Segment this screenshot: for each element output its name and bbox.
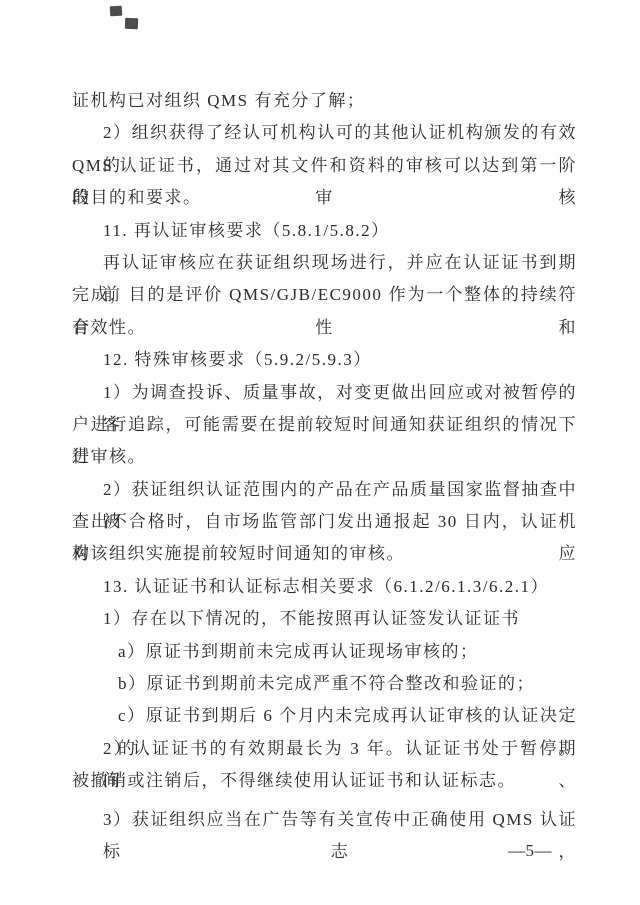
text-line: 11. 再认证审核要求（5.8.1/5.8.2） xyxy=(72,215,577,247)
scanned-document-page: 证机构已对组织 QMS 有充分了解；2）组织获得了经认可机构认可的其他认证机构颁… xyxy=(0,0,640,905)
text-line: 3）获证组织应当在广告等有关宣传中正确使用 QMS 认证标志， xyxy=(72,804,577,836)
text-line: 2）组织获得了经认可机构认可的其他认证机构颁发的有效的 xyxy=(72,117,577,149)
text-line: 2）获证组织认证范围内的产品在产品质量国家监督抽查中被 xyxy=(72,474,577,506)
text-line: 行审核。 xyxy=(72,441,577,473)
text-line: 1）为调查投诉、质量事故，对变更做出回应或对被暂停的客 xyxy=(72,377,577,409)
page-number: —5— xyxy=(508,841,552,861)
text-line: 被撤销或注销后，不得继续使用认证证书和认证标志。 xyxy=(72,765,577,797)
text-line: 再认证审核应在获证组织现场进行，并应在认证证书到期前 xyxy=(72,247,577,279)
text-line: b）原证书到期前未完成严重不符合整改和验证的； xyxy=(72,668,577,700)
text-line: 2）认证证书的有效期最长为 3 年。认证证书处于暂停期间、 xyxy=(72,733,577,765)
scan-artifact-mark xyxy=(125,18,138,29)
text-line: 1）存在以下情况的，不能按照再认证签发认证证书 xyxy=(72,603,577,635)
text-line: c）原证书到期后 6 个月内未完成再认证审核的认证决定的。 xyxy=(72,700,577,732)
scan-artifact-mark xyxy=(110,6,123,17)
text-line: 户进行追踪，可能需要在提前较短时间通知获证组织的情况下进 xyxy=(72,409,577,441)
text-line: 证机构已对组织 QMS 有充分了解； xyxy=(72,85,577,117)
text-line: QMS 认证证书，通过对其文件和资料的审核可以达到第一阶段审核 xyxy=(72,150,577,182)
text-line: 12. 特殊审核要求（5.9.2/5.9.3） xyxy=(72,344,577,376)
text-line: 查出不合格时，自市场监管部门发出通报起 30 日内，认证机构应 xyxy=(72,506,577,538)
text-line: 13. 认证证书和认证标志相关要求（6.1.2/6.1.3/6.2.1） xyxy=(72,571,577,603)
text-line: a）原证书到期前未完成再认证现场审核的； xyxy=(72,636,577,668)
text-line: 完成，目的是评价 QMS/GJB/EC9000 作为一个整体的持续符合性和 xyxy=(72,279,577,311)
document-body: 证机构已对组织 QMS 有充分了解；2）组织获得了经认可机构认可的其他认证机构颁… xyxy=(72,85,577,836)
